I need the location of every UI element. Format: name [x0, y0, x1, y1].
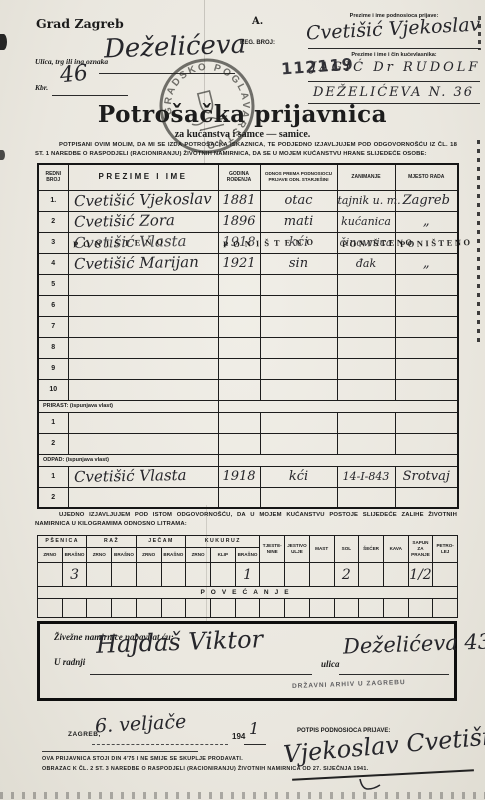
supply-value-cell [38, 563, 63, 587]
reg-number-label: REG. BROJ: [240, 40, 275, 46]
cell-rel [260, 337, 337, 358]
supply-value-cell [260, 563, 285, 587]
supply-column-header: PETRO- LEJ [433, 536, 458, 563]
cell-place [395, 274, 458, 295]
cell-occ [337, 412, 395, 433]
cell-name [68, 379, 218, 400]
supply-value-cell [309, 563, 334, 587]
cell-occ [337, 337, 395, 358]
ponisteno-stamp: PONIŠTENO [72, 236, 167, 248]
shop-street-underline [339, 674, 449, 675]
row-number: 5 [39, 281, 68, 288]
supply-empty-row [38, 599, 458, 618]
supply-value-cell [161, 563, 186, 587]
date-underline [92, 744, 228, 745]
archive-stamp: DRŽAVNI ARHIV U ZAGREBU [292, 679, 406, 690]
supply-column-header: SAPUN ZA PRANJE [408, 536, 433, 563]
shop-name-handwritten: Hajdaš Viktor [96, 627, 264, 657]
row-number: 10 [39, 386, 68, 393]
cell-year [218, 487, 260, 508]
cell-year [218, 412, 260, 433]
supply-sub-header: BRAŠNO [62, 548, 87, 563]
table-row: 3Cvetišić VlastaPONIŠTENO1918PONIŠTENOkć… [38, 232, 458, 253]
row-number: 3 [39, 239, 68, 246]
shop-declaration-box: Živežne namirnice nabavljat ću: U radnji… [37, 621, 457, 701]
table-row: 1Cvetišić Vlasta1918kći14-I-843Srotvaj [38, 466, 458, 487]
supply-empty-cell [136, 599, 161, 618]
supply-sub-header: BRAŠNO [235, 548, 260, 563]
cell-rel [260, 295, 337, 316]
supply-column-header: ŠEĆER [359, 536, 384, 563]
house-number-underline [52, 95, 128, 96]
cell-name [68, 316, 218, 337]
supply-value-cell [285, 563, 310, 587]
handwritten-rel: kći [261, 470, 337, 483]
cell-num: 2 [38, 211, 68, 232]
handwritten-occ: đak [338, 258, 395, 269]
supply-values-row: 3121/2 [38, 563, 458, 587]
supply-empty-cell [161, 599, 186, 618]
applicant-underline [308, 48, 480, 49]
year-underline [244, 744, 266, 745]
cell-occ [337, 274, 395, 295]
handwritten-occ: tajnik u. m. [338, 195, 395, 206]
supply-column-header: TJESTE- NINE [260, 536, 285, 563]
supply-column-header: KAVA [383, 536, 408, 563]
cell-place: Zagreb [395, 190, 458, 211]
cell-year [218, 379, 260, 400]
supply-empty-cell [359, 599, 384, 618]
supply-column-header: SOL [334, 536, 359, 563]
handwritten-place: Srotvaj [396, 470, 458, 483]
row-number: 1 [39, 419, 68, 426]
cell-name [68, 412, 218, 433]
supply-empty-cell [235, 599, 260, 618]
table-row: 6 [38, 295, 458, 316]
signature-flourish [358, 778, 384, 792]
supply-sub-header: ZRNO [87, 548, 112, 563]
handwritten-place: „ [396, 257, 458, 270]
shop-street-handwritten: Deželićeva 43 [343, 631, 485, 657]
scan-artifact [477, 140, 480, 345]
cell-name [68, 337, 218, 358]
cell-num: 2 [38, 487, 68, 508]
supply-value-cell [112, 563, 137, 587]
supply-empty-cell [285, 599, 310, 618]
supply-empty-cell [62, 599, 87, 618]
supply-value-cell [359, 563, 384, 587]
supply-column-header: MAST [309, 536, 334, 563]
cell-year [218, 358, 260, 379]
cell-name [68, 295, 218, 316]
cell-name: Cvetišić Marijan [68, 253, 218, 274]
cell-rel [260, 316, 337, 337]
table-row: 7 [38, 316, 458, 337]
cell-num: 8 [38, 337, 68, 358]
handwritten-year: 1881 [219, 194, 260, 207]
fold-crease [206, 505, 207, 623]
section-label-row: PRIRAST: (ispunjava vlast) [38, 400, 458, 412]
landlord-handwritten: JAGIĆ Dr RUDOLF [311, 61, 480, 74]
cell-place [395, 295, 458, 316]
supply-empty-cell [38, 599, 63, 618]
row-number: 7 [39, 323, 68, 330]
fine-print-line-2: OBRAZAC K ČL. 2 ST. 3 NAREDBE O RASPODJE… [42, 766, 368, 772]
table-row: 9 [38, 358, 458, 379]
supplies-table: PŠENICARAŽJEČAMKUKURUZTJESTE- NINEJESTIV… [37, 535, 458, 618]
section-label-row: ODPAD: (ispunjava vlast) [38, 454, 458, 466]
cell-year [218, 295, 260, 316]
supply-sub-header: BRAŠNO [161, 548, 186, 563]
column-header: GODINA ROĐENJA [218, 164, 260, 190]
cell-place [395, 379, 458, 400]
column-header: MJESTO RADA [395, 164, 458, 190]
table-row: 1 [38, 412, 458, 433]
declaration-paragraph-2: UJEDNO IZJAVLJUJEM POD ISTOM ODGOVORNOŠĆ… [35, 511, 457, 529]
fine-print-line-1: OVA PRIJAVNICA STOJI DIN 4'75 I NE SMIJE… [42, 756, 243, 762]
cell-num: 4 [38, 253, 68, 274]
cell-occ: kućanica [337, 211, 395, 232]
scan-artifact [0, 34, 7, 50]
handwritten-rel: sin [261, 257, 337, 270]
handwritten-name: Cvetišić Vjekoslav [68, 191, 211, 208]
house-number-handwritten: 46 [59, 63, 89, 88]
cell-place [395, 412, 458, 433]
supply-value-cell: 1 [235, 563, 260, 587]
supply-empty-cell [87, 599, 112, 618]
cell-rel [260, 379, 337, 400]
svg-text:GRADSKO POGLAVARSTVO: GRADSKO POGLAVARSTVO [153, 52, 260, 159]
cell-rel: sin [260, 253, 337, 274]
supply-empty-cell [334, 599, 359, 618]
city-name: Grad Zagreb [36, 16, 124, 31]
cell-occ [337, 316, 395, 337]
table-row: 4Cvetišić Marijan1921sinđak„ [38, 253, 458, 274]
cell-rel [260, 412, 337, 433]
cell-occ [337, 358, 395, 379]
supply-empty-cell [408, 599, 433, 618]
cell-num: 1. [38, 190, 68, 211]
cell-name: Cvetišić Vlasta [68, 466, 218, 487]
cell-name [68, 487, 218, 508]
supply-group-header: RAŽ [87, 536, 136, 548]
table-row: 2 [38, 433, 458, 454]
cell-occ: činovnicaPONIŠTENO [337, 232, 395, 253]
cell-name: Cvetišić Vjekoslav [68, 190, 218, 211]
supply-sub-header: ZRNO [38, 548, 63, 563]
section-label-filler [218, 454, 458, 466]
supply-value-cell: 1/2 [408, 563, 433, 587]
scan-artifact [478, 16, 481, 50]
supply-group-header: PŠENICA [38, 536, 87, 548]
table-row: 5 [38, 274, 458, 295]
cell-rel [260, 433, 337, 454]
table-row: 2 [38, 487, 458, 508]
cell-num: 6 [38, 295, 68, 316]
supply-value-cell [383, 563, 408, 587]
supply-empty-cell [383, 599, 408, 618]
cell-occ: đak [337, 253, 395, 274]
ponisteno-stamp: PONIŠTENO [399, 237, 472, 249]
row-number: 9 [39, 365, 68, 372]
handwritten-year: 1921 [219, 257, 260, 270]
handwritten-name: Cvetišić Zora [68, 213, 174, 230]
cell-occ: tajnik u. m. [337, 190, 395, 211]
cell-num: 1 [38, 466, 68, 487]
handwritten-occ: kućanica [338, 216, 395, 227]
row-number: 4 [39, 260, 68, 267]
supply-sub-header: BRAŠNO [112, 548, 137, 563]
supply-sub-header: ZRNO [136, 548, 161, 563]
supply-value-cell [87, 563, 112, 587]
document-page: Grad Zagreb Ulica, trg ili ina oznaka De… [0, 0, 485, 800]
handwritten-occ: 14-I-843 [338, 471, 395, 482]
cell-num: 1 [38, 412, 68, 433]
table-row: 1.Cvetišić Vjekoslav1881otactajnik u. m.… [38, 190, 458, 211]
section-letter: A. [252, 16, 263, 27]
handwritten-supply-value: 1 [243, 567, 252, 583]
cell-year: 1881 [218, 190, 260, 211]
cell-year [218, 337, 260, 358]
applicant-handwritten: Cvetišić Vjekoslav [306, 15, 481, 43]
column-header: ODNOS PREMA PODNOSIOCU PRIJAVE ODN. STAR… [260, 164, 337, 190]
cell-place: „ [395, 253, 458, 274]
year-handwritten: 1 [249, 721, 259, 737]
row-number: 8 [39, 344, 68, 351]
supply-column-header: JESTIVO ULJE [285, 536, 310, 563]
supply-value-cell: 2 [334, 563, 359, 587]
shop-field-label: U radnji [54, 657, 85, 667]
column-header: PREZIME I IME [68, 164, 218, 190]
supply-value-cell [433, 563, 458, 587]
cell-name [68, 358, 218, 379]
cell-occ [337, 295, 395, 316]
cell-year: 1918PONIŠTENO [218, 232, 260, 253]
cell-num: 9 [38, 358, 68, 379]
supply-group-header: KUKURUZ [186, 536, 260, 548]
cell-place: „ [395, 211, 458, 232]
persons-table: REDNI BROJPREZIME I IMEGODINA ROĐENJAODN… [37, 163, 459, 509]
cell-num: 10 [38, 379, 68, 400]
cell-place [395, 316, 458, 337]
cell-rel: mati [260, 211, 337, 232]
handwritten-rel: otac [261, 194, 337, 207]
cell-occ: 14-I-843 [337, 466, 395, 487]
supply-value-cell: 3 [62, 563, 87, 587]
cell-place [395, 433, 458, 454]
cell-occ [337, 379, 395, 400]
cell-year: 1918 [218, 466, 260, 487]
cell-name [68, 274, 218, 295]
shop-street-label: ulica [321, 659, 340, 669]
cell-num: 5 [38, 274, 68, 295]
table-row: 8 [38, 337, 458, 358]
handwritten-rel: mati [261, 215, 337, 228]
row-number: 1 [39, 473, 68, 480]
cell-rel [260, 358, 337, 379]
handwritten-supply-value: 2 [342, 567, 351, 583]
supply-value-cell [210, 563, 235, 587]
ponisteno-stamp: PONIŠTENO [222, 236, 317, 248]
row-number: 2 [39, 440, 68, 447]
supply-empty-cell [309, 599, 334, 618]
cell-rel [260, 274, 337, 295]
supply-empty-cell [260, 599, 285, 618]
landlord-address-handwritten: DEŽELIĆEVA N. 36 [313, 86, 474, 99]
cell-place: PONIŠTENO [395, 232, 458, 253]
section-label: ODPAD: (ispunjava vlast) [38, 454, 218, 466]
date-handwritten: 6. veljače [95, 713, 187, 737]
supply-empty-cell [210, 599, 235, 618]
section-label-filler [218, 400, 458, 412]
cell-place [395, 337, 458, 358]
scan-artifact [0, 150, 5, 160]
house-number-label: Kbr. [35, 83, 48, 92]
cell-num: 7 [38, 316, 68, 337]
cell-occ [337, 487, 395, 508]
cell-occ [337, 433, 395, 454]
cell-name [68, 433, 218, 454]
shop-name-underline [90, 674, 312, 675]
table-row: 10 [38, 379, 458, 400]
fine-print-rule [42, 751, 198, 752]
increase-label: POVEĆANJE [38, 587, 458, 599]
supply-group-header: JEČAM [136, 536, 185, 548]
cell-place: Srotvaj [395, 466, 458, 487]
cell-num: 2 [38, 433, 68, 454]
handwritten-place: Zagreb [396, 194, 458, 207]
landlord-label: Prezime i ime i čin kućevlasnika: [308, 52, 480, 58]
supply-empty-cell [433, 599, 458, 618]
section-label: PRIRAST: (ispunjava vlast) [38, 400, 218, 412]
cell-year [218, 274, 260, 295]
column-header: ZANIMANJE [337, 164, 395, 190]
row-number: 2 [39, 218, 68, 225]
supply-sub-header: KLIP [210, 548, 235, 563]
cell-name: Cvetišić Zora [68, 211, 218, 232]
cell-year [218, 316, 260, 337]
handwritten-place: „ [396, 215, 458, 228]
table-row: 2Cvetišić Zora1896matikućanica„ [38, 211, 458, 232]
handwritten-supply-value: 1/2 [409, 567, 432, 583]
cell-num: 3 [38, 232, 68, 253]
scan-artifact [0, 792, 485, 799]
landlord-underline [308, 81, 480, 82]
cell-year: 1896 [218, 211, 260, 232]
supply-empty-cell [112, 599, 137, 618]
cell-place [395, 487, 458, 508]
cell-year [218, 433, 260, 454]
row-number: 2 [39, 494, 68, 501]
cell-rel: kći [260, 466, 337, 487]
handwritten-name: Cvetišić Marijan [68, 254, 198, 271]
supply-value-cell [136, 563, 161, 587]
handwritten-supply-value: 3 [70, 567, 79, 583]
column-header: REDNI BROJ [38, 164, 68, 190]
handwritten-year: 1896 [219, 215, 260, 228]
row-number: 1. [39, 197, 68, 204]
cell-place [395, 358, 458, 379]
cell-name: Cvetišić VlastaPONIŠTENO [68, 232, 218, 253]
handwritten-name: Cvetišić Vlasta [68, 467, 186, 484]
cell-rel [260, 487, 337, 508]
handwritten-year: 1918 [219, 470, 260, 483]
row-number: 6 [39, 302, 68, 309]
cell-rel: otac [260, 190, 337, 211]
year-printed: 194 [232, 732, 245, 741]
cell-year: 1921 [218, 253, 260, 274]
